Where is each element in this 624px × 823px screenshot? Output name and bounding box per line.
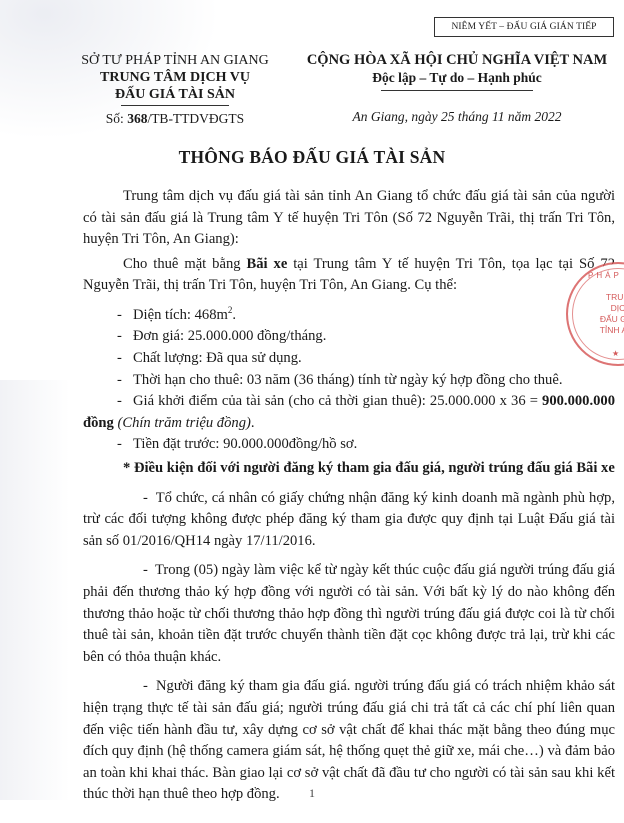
dash: -: [117, 305, 133, 327]
detail-unit-price: -Đơn giá: 25.000.000 đồng/tháng.: [83, 326, 615, 348]
seal-line: ĐẤU GIÁ T: [586, 314, 624, 325]
dash: -: [117, 434, 133, 456]
starting-price-end: .: [251, 415, 255, 431]
lease-prefix: Cho thuê mặt bằng: [123, 256, 247, 272]
center-name-line2: ĐẤU GIÁ TÀI SẢN: [60, 86, 290, 103]
center-name-line1: TRUNG TÂM DỊCH VỤ: [60, 69, 290, 86]
starting-price-text: Giá khởi điểm của tài sản (cho cả thời g…: [133, 393, 542, 409]
dash: -: [117, 326, 133, 348]
lease-asset: Bãi xe: [247, 256, 288, 272]
dash: -: [117, 348, 133, 370]
document-page: NIÊM YẾT – ĐẤU GIÁ GIÁN TIẾP SỞ TƯ PHÁP …: [0, 0, 624, 823]
doc-no-number: 368: [127, 111, 147, 126]
detail-value: Đã qua sử dụng.: [206, 350, 301, 366]
doc-no-prefix: Số:: [106, 111, 127, 126]
document-number: Số: 368/TB-TTDVĐGTS: [60, 110, 290, 127]
deposit-label: Tiền đặt trước:: [133, 436, 223, 452]
condition-text: Người đăng ký tham gia đấu giá. người tr…: [83, 678, 615, 802]
dash: -: [143, 562, 148, 578]
detail-label: Diện tích:: [133, 307, 195, 323]
notice-tag: NIÊM YẾT – ĐẤU GIÁ GIÁN TIẾP: [434, 17, 614, 37]
deposit-value: 90.000.000đồng/hồ sơ.: [223, 436, 357, 452]
detail-end: .: [232, 307, 236, 323]
detail-lease-term: -Thời hạn cho thuê: 03 năm (36 tháng) tí…: [83, 370, 615, 392]
nation-name: CỘNG HÒA XÃ HỘI CHỦ NGHĨA VIỆT NAM: [292, 52, 622, 69]
issuing-agency-block: SỞ TƯ PHÁP TỈNH AN GIANG TRUNG TÂM DỊCH …: [60, 52, 290, 127]
star-icon: ★: [612, 348, 619, 359]
intro-paragraph: Trung tâm dịch vụ đấu giá tài sản tỉnh A…: [83, 186, 615, 251]
condition-text: Tổ chức, cá nhân có giấy chứng nhận đăng…: [83, 490, 615, 549]
detail-label: Thời hạn cho thuê:: [133, 372, 247, 388]
page-number: 1: [0, 786, 624, 801]
seal-ring-text: PHÁP T: [588, 270, 624, 281]
national-header-block: CỘNG HÒA XÃ HỘI CHỦ NGHĨA VIỆT NAM Độc l…: [292, 52, 622, 125]
lease-paragraph: Cho thuê mặt bằng Bãi xe tại Trung tâm Y…: [83, 254, 615, 297]
issue-date: An Giang, ngày 25 tháng 11 năm 2022: [292, 109, 622, 125]
seal-line: DỊCH: [586, 303, 624, 314]
starting-price-words: (Chín trăm triệu đồng): [117, 415, 250, 431]
agency-name: SỞ TƯ PHÁP TỈNH AN GIANG: [60, 52, 290, 69]
seal-line: TRUNG: [586, 292, 624, 303]
condition-item: - Tổ chức, cá nhân có giấy chứng nhận đă…: [83, 488, 615, 553]
detail-value: 25.000.000 đồng/tháng.: [188, 328, 327, 344]
detail-quality: -Chất lượng: Đã qua sử dụng.: [83, 348, 615, 370]
dash: -: [117, 370, 133, 392]
dash: -: [143, 678, 148, 694]
condition-item: - Trong (05) ngày làm việc kể từ ngày kế…: [83, 560, 615, 668]
header-rule-left: [121, 105, 229, 106]
deposit: -Tiền đặt trước: 90.000.000đồng/hồ sơ.: [83, 434, 615, 456]
detail-area: -Diện tích: 468m2.: [83, 300, 615, 326]
document-body: Trung tâm dịch vụ đấu giá tài sản tỉnh A…: [83, 186, 615, 809]
condition-text: Trong (05) ngày làm việc kể từ ngày kết …: [83, 562, 615, 664]
detail-value: 468m: [195, 307, 228, 323]
detail-label: Chất lượng:: [133, 350, 206, 366]
dash: -: [117, 391, 133, 413]
detail-value: 03 năm (36 tháng) tính từ ngày ký hợp đồ…: [247, 372, 563, 388]
seal-line: TỈNH AN G: [586, 325, 624, 336]
conditions-heading: * Điều kiện đối với người đăng ký tham g…: [83, 458, 615, 480]
document-title: THÔNG BÁO ĐẤU GIÁ TÀI SẢN: [0, 147, 624, 168]
detail-label: Đơn giá:: [133, 328, 188, 344]
starting-price: -Giá khởi điểm của tài sản (cho cả thời …: [83, 391, 615, 434]
scan-shadow-left: [0, 380, 70, 800]
header-rule-right: [381, 90, 533, 91]
national-motto: Độc lập – Tự do – Hạnh phúc: [292, 69, 622, 86]
dash: -: [143, 490, 148, 506]
seal-center: TRUNG DỊCH ĐẤU GIÁ T TỈNH AN G: [586, 292, 624, 336]
doc-no-suffix: /TB-TTDVĐGTS: [147, 111, 244, 126]
